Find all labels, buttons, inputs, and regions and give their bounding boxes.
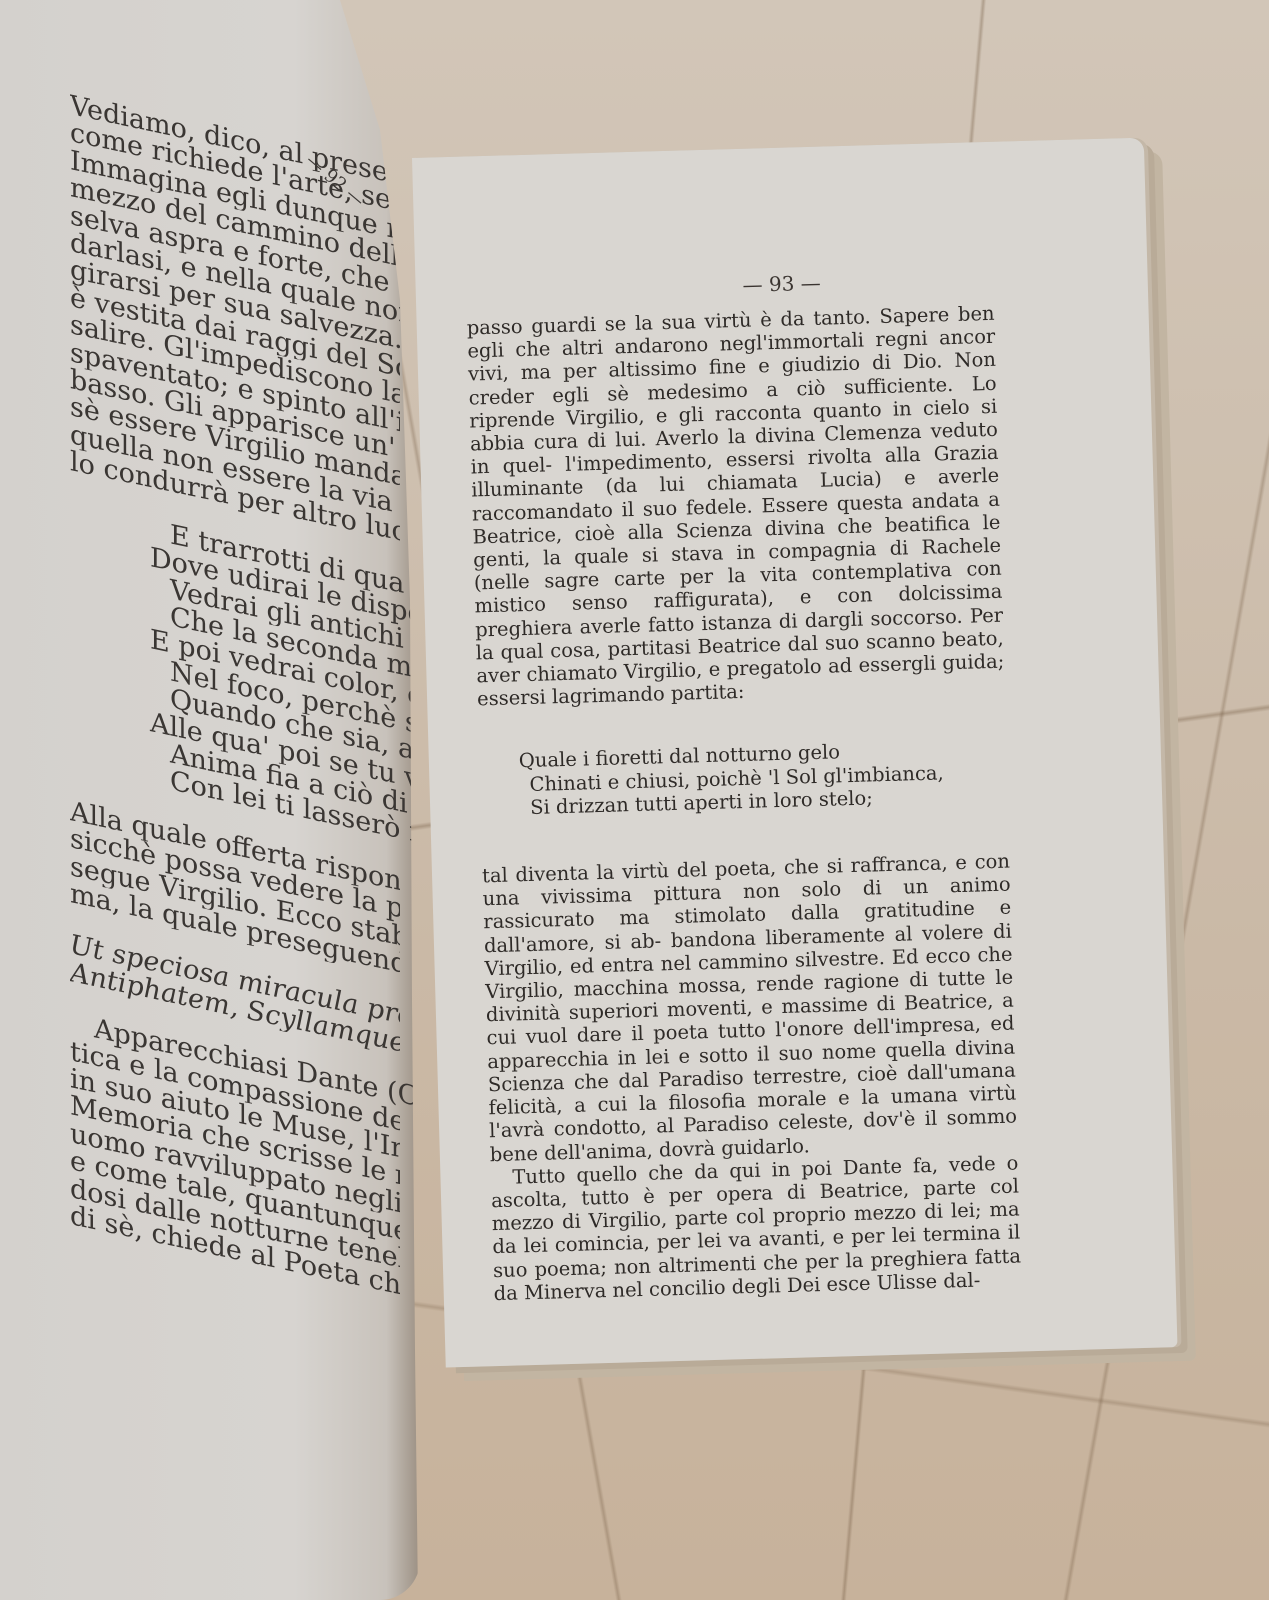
left-page-text: Vediamo, dico, al presente come richiede… — [70, 92, 430, 1306]
right-page-text: passo guardi se la sua virtù è da tanto.… — [466, 302, 1021, 1305]
page-number: — 93 — — [415, 262, 1147, 306]
verse-quote: Quale i fioretti dal notturno gelo China… — [519, 736, 1009, 819]
paragraph: passo guardi se la sua virtù è da tanto.… — [466, 302, 1005, 711]
right-page: — 93 — passo guardi se la sua virtù è da… — [412, 138, 1177, 1368]
paragraph: tal diventa la virtù del poeta, che si r… — [482, 850, 1018, 1166]
paragraph: Tutto quello che da qui in poi Dante fa,… — [490, 1151, 1022, 1305]
left-page: — 92 — Vediamo, dico, al presente come r… — [0, 0, 420, 1600]
